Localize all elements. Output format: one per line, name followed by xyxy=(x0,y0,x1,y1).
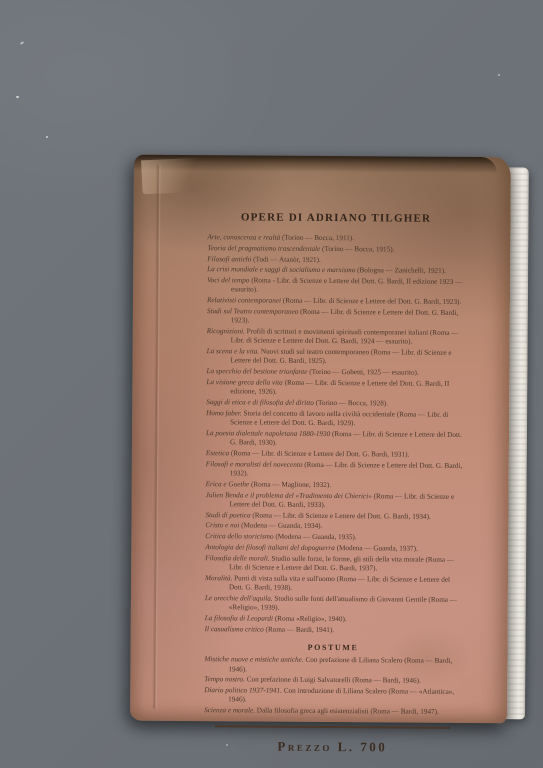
work-publisher: (Torino — Bocca, 1915). xyxy=(322,245,394,254)
work-title: Teoria del pragmatismo trascendentale xyxy=(207,244,320,253)
work-entry: Antologia dei filosofi italiani del dopo… xyxy=(205,543,462,554)
work-publisher: (Todi — Atanòr, 1921). xyxy=(253,255,321,263)
work-title: Filosofia delle morali. xyxy=(205,554,270,562)
work-title: Le orecchie dell'aquila. xyxy=(205,594,273,602)
work-publisher: (Torino — Bocca, 1928). xyxy=(316,399,388,408)
work-title: Homo faber. xyxy=(206,409,242,417)
work-entry: La crisi mondiale e saggi di socialismo … xyxy=(207,265,464,276)
work-title: Mistiche nuove e mistiche antiche. xyxy=(204,655,303,664)
work-entry: Diario politico 1937-1941. Con introduzi… xyxy=(204,686,461,707)
work-publisher: (Roma — Maglione, 1932). xyxy=(251,480,331,489)
work-entry: Relativisti contemporanei (Roma — Libr. … xyxy=(207,296,464,307)
dust-speck xyxy=(498,74,500,76)
work-title: La scena e la vita. xyxy=(207,347,260,355)
scanner-background: OPERE DI ADRIANO TILGHER Arte, conoscenz… xyxy=(0,0,543,768)
work-title: Moralità. xyxy=(205,574,232,582)
work-entry: Le orecchie dell'aquila. Studio sulle fo… xyxy=(205,594,462,615)
work-title: Il casualismo critico xyxy=(205,625,264,633)
work-publisher: (Modena — Guanda, 1937). xyxy=(337,544,418,553)
work-title: Voci del tempo xyxy=(207,276,249,284)
postume-list: Mistiche nuove e mistiche antiche. Con p… xyxy=(204,655,461,717)
work-entry: Studi sul Teatro contemporaneo (Roma — L… xyxy=(207,307,464,328)
work-title: Ricognizioni. xyxy=(207,327,245,335)
work-publisher: (Modena — Guanda, 1935). xyxy=(275,533,356,542)
price-label: Prezzo L. 700 xyxy=(204,738,461,756)
work-publisher: (Bologna — Zanichelli, 1921). xyxy=(357,266,446,275)
work-entry: Scienza e morale. Dalla filosofia greca … xyxy=(204,706,461,717)
cover-crease xyxy=(152,165,161,709)
work-title: Cristo e noi xyxy=(205,522,239,530)
work-entry: Homo faber. Storia del concetto di lavor… xyxy=(206,409,463,430)
work-publisher: (Roma — Libr. di Scienze e Lettere del D… xyxy=(283,297,462,306)
work-entry: Moralità. Punti di vista sulla vita e su… xyxy=(205,574,462,595)
work-entry: La visione greca della vita (Roma — Libr… xyxy=(206,378,463,399)
work-publisher: Storia del concetto di lavoro nella civi… xyxy=(230,409,448,427)
work-title: La poesia dialettale napoletana 1880-193… xyxy=(206,429,330,438)
work-publisher: Con prefazione di Luigi Salvatorelli (Ro… xyxy=(247,676,421,685)
book-back-cover: OPERE DI ADRIANO TILGHER Arte, conoscenz… xyxy=(130,155,529,724)
work-publisher: Dalla filosofia greca agli esistenzialis… xyxy=(257,707,439,716)
dust-jacket-back: OPERE DI ADRIANO TILGHER Arte, conoscenz… xyxy=(130,155,511,724)
dust-speck xyxy=(16,96,20,99)
work-entry: Il casualismo critico (Roma — Bardi, 194… xyxy=(205,625,462,636)
dust-speck xyxy=(20,41,24,45)
work-entry: Filosofi e moralisti del novecento (Roma… xyxy=(206,460,463,481)
work-entry: Critica dello storicismo (Modena — Guand… xyxy=(205,532,462,543)
work-entry: La filosofia di Leopardi (Roma «Religio»… xyxy=(205,614,462,625)
work-publisher: (Roma — Libr. di Scienze e Lettere del D… xyxy=(231,449,410,458)
work-entry: La scena e la vita. Nuovi studi sul teat… xyxy=(207,347,464,368)
work-entry: Arte, conoscenza e realtà (Torino — Bocc… xyxy=(207,233,464,244)
divider-rule xyxy=(215,725,450,729)
work-title: Filosofi antichi xyxy=(207,255,251,263)
work-title: Diario politico 1937-1941. xyxy=(204,686,282,695)
page-title: OPERE DI ADRIANO TILGHER xyxy=(208,211,465,225)
cover-corner-wear xyxy=(141,157,206,194)
work-title: Lo specchio del bestione trionfante xyxy=(206,367,307,376)
work-title: Estetica xyxy=(206,449,229,457)
printed-bibliography: OPERE DI ADRIANO TILGHER Arte, conoscenz… xyxy=(204,211,465,755)
dust-speck xyxy=(46,136,48,138)
work-title: Studi sul Teatro contemporaneo xyxy=(207,307,299,316)
work-entry: Julien Benda e il problema del «Tradimen… xyxy=(206,491,463,512)
work-publisher: Punti di vista sulla vita e sull'uomo (R… xyxy=(229,574,450,592)
work-title: Relativisti contemporanei xyxy=(207,296,281,305)
work-entry: Estetica (Roma — Libr. di Scienze e Lett… xyxy=(206,449,463,460)
work-entry: Filosofia delle morali. Studio sulle for… xyxy=(205,554,462,575)
work-title: Antologia dei filosofi italiani del dopo… xyxy=(205,543,335,552)
work-entry: Voci del tempo (Roma - Libr. di Scienze … xyxy=(207,276,464,297)
work-title: Critica dello storicismo xyxy=(205,532,273,540)
work-entry: Saggi di etica e di filosofia del diritt… xyxy=(206,398,463,409)
work-entry: Cristo e noi (Modena — Guanda, 1934). xyxy=(205,522,462,533)
work-publisher: (Roma - Libr. di Scienze e Lettere del D… xyxy=(231,276,462,293)
work-publisher: (Roma — Libr. di Scienze e Lettere del D… xyxy=(252,511,431,520)
work-entry: Erica e Goethe (Roma — Maglione, 1932). xyxy=(206,480,463,491)
work-publisher: (Torino — Bocca, 1911). xyxy=(282,234,354,243)
work-title: Arte, conoscenza e realtà xyxy=(207,233,280,242)
work-entry: Teoria del pragmatismo trascendentale (T… xyxy=(207,244,464,255)
work-title: Filosofi e moralisti del novecento xyxy=(206,460,303,469)
work-title: Tempo nostro. xyxy=(204,675,245,683)
work-title: La filosofia di Leopardi xyxy=(205,614,273,622)
work-title: Julien Benda e il problema del «Tradimen… xyxy=(206,491,372,500)
work-publisher: (Torino — Gobetti, 1925 — esaurito). xyxy=(309,368,419,377)
work-entry: Mistiche nuove e mistiche antiche. Con p… xyxy=(204,655,461,676)
works-list: Arte, conoscenza e realtà (Torino — Bocc… xyxy=(205,233,465,636)
work-title: Scienza e morale. xyxy=(204,706,255,714)
work-publisher: (Roma «Religio», 1940). xyxy=(275,615,347,624)
work-entry: Studi di poetica (Roma — Libr. di Scienz… xyxy=(205,511,462,522)
work-publisher: Nuovi studi sul teatro contemporaneo (Ro… xyxy=(231,348,452,366)
postume-heading: POSTUME xyxy=(205,642,462,653)
work-title: Erica e Goethe xyxy=(206,480,250,488)
work-title: Saggi di etica e di filosofia del diritt… xyxy=(206,398,314,407)
work-title: La crisi mondiale e saggi di socialismo … xyxy=(207,265,355,274)
work-entry: Lo specchio del bestione trionfante (Tor… xyxy=(206,367,463,378)
work-title: La visione greca della vita xyxy=(206,378,282,387)
work-publisher: (Roma — Bardi, 1941). xyxy=(266,625,335,633)
work-publisher: (Modena — Guanda, 1934). xyxy=(241,522,322,531)
work-publisher: Profili di scrittori e movimenti spiritu… xyxy=(231,327,459,346)
work-entry: Ricognizioni. Profili di scrittori e mov… xyxy=(207,327,464,348)
work-entry: Tempo nostro. Con prefazione di Luigi Sa… xyxy=(204,675,461,686)
work-title: Studi di poetica xyxy=(205,511,250,519)
work-entry: La poesia dialettale napoletana 1880-193… xyxy=(206,429,463,450)
work-entry: Filosofi antichi (Todi — Atanòr, 1921). xyxy=(207,255,464,266)
